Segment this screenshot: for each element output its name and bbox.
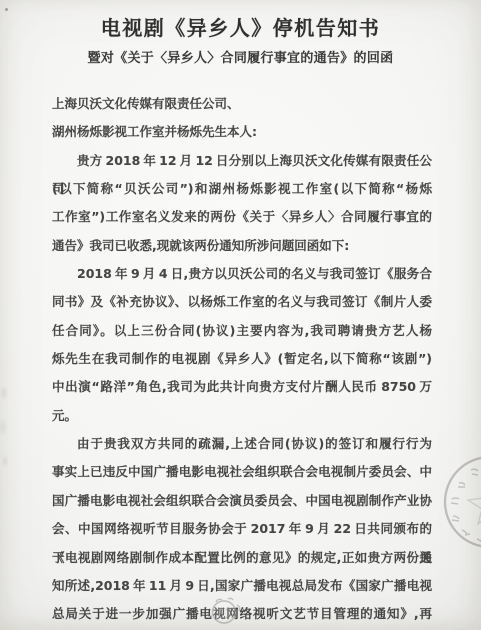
- document-line: 总局关于进一步加强广播电视网络视听文艺节目管理的通知》,再: [52, 600, 432, 628]
- document-line: 于电视剧网络剧制作成本配置比例的意见》的规定,正如贵方两份通: [52, 544, 432, 572]
- document-line: 同书》及《补充协议》、以杨烁工作室的名义与我司签订《制片人委: [52, 288, 432, 316]
- document-line: 会、中国网络视听节目服务协会于 2017 年 9 月 22 日共同颁布的《关: [52, 515, 432, 543]
- document-line: 知所述,2018 年 11 月 9 日,国家广播电视总局发布《国家广播电视: [52, 572, 432, 600]
- document-line: (以下简称“贝沃公司”)和湖州杨烁影视工作室(以下简称“杨烁: [52, 175, 432, 203]
- seal-ring: [445, 457, 481, 547]
- document-line: 事实上已违反中国广播电影电视社会组织联合会电视制片委员会、中: [52, 458, 432, 486]
- document-line: 中出演“路洋”角色,我司为此共计向贵方支付片酬人民币 8750 万: [52, 373, 432, 401]
- seal-star: [468, 483, 481, 524]
- document-line: 由于贵我双方共同的疏漏,上述合同(协议)的签订和履行行为: [52, 430, 432, 458]
- document-line: 2018 年 9 月 4 日,贵方以贝沃公司的名义与我司签订《服务合: [52, 260, 432, 288]
- scan-smudge: [0, 375, 18, 485]
- official-seal: [441, 453, 481, 551]
- seal-rim-characters: [451, 469, 481, 542]
- document-line: 任合同》。以上三份合同(协议)主要内容为,我司聘请贵方艺人杨: [52, 317, 432, 345]
- document-title: 电视剧《异乡人》停机告知书: [0, 12, 481, 41]
- scanned-document-page: 电视剧《异乡人》停机告知书 暨对《关于〈异乡人〉合同履行事宜的通告》的回函 上海…: [0, 0, 481, 630]
- document-line: 湖州杨烁影视工作室并杨烁先生本人:: [52, 118, 432, 146]
- document-body: 上海贝沃文化传媒有限责任公司、湖州杨烁影视工作室并杨烁先生本人:贵方 2018 …: [52, 90, 432, 629]
- document-line: 上海贝沃文化传媒有限责任公司、: [52, 90, 432, 118]
- document-subtitle: 暨对《关于〈异乡人〉合同履行事宜的通告》的回函: [0, 47, 481, 66]
- document-line: 贵方 2018 年 12 月 12 日分别以上海贝沃文化传媒有限责任公司: [52, 147, 432, 175]
- document-line: 元。: [52, 402, 432, 430]
- document-line: 通告》我司已收悉,现就该两份通知所涉问题回函如下:: [52, 232, 432, 260]
- scan-speck: [5, 8, 8, 11]
- document-line: 烁先生在我司制作的电视剧《异乡人》(暂定名,以下简称“该剧”): [52, 345, 432, 373]
- document-line: 工作室”)工作室名义发来的两份《关于〈异乡人〉合同履行事宜的: [52, 203, 432, 231]
- document-line: 国广播电影电视社会组织联合会演员委员会、中国电视剧制作产业协: [52, 487, 432, 515]
